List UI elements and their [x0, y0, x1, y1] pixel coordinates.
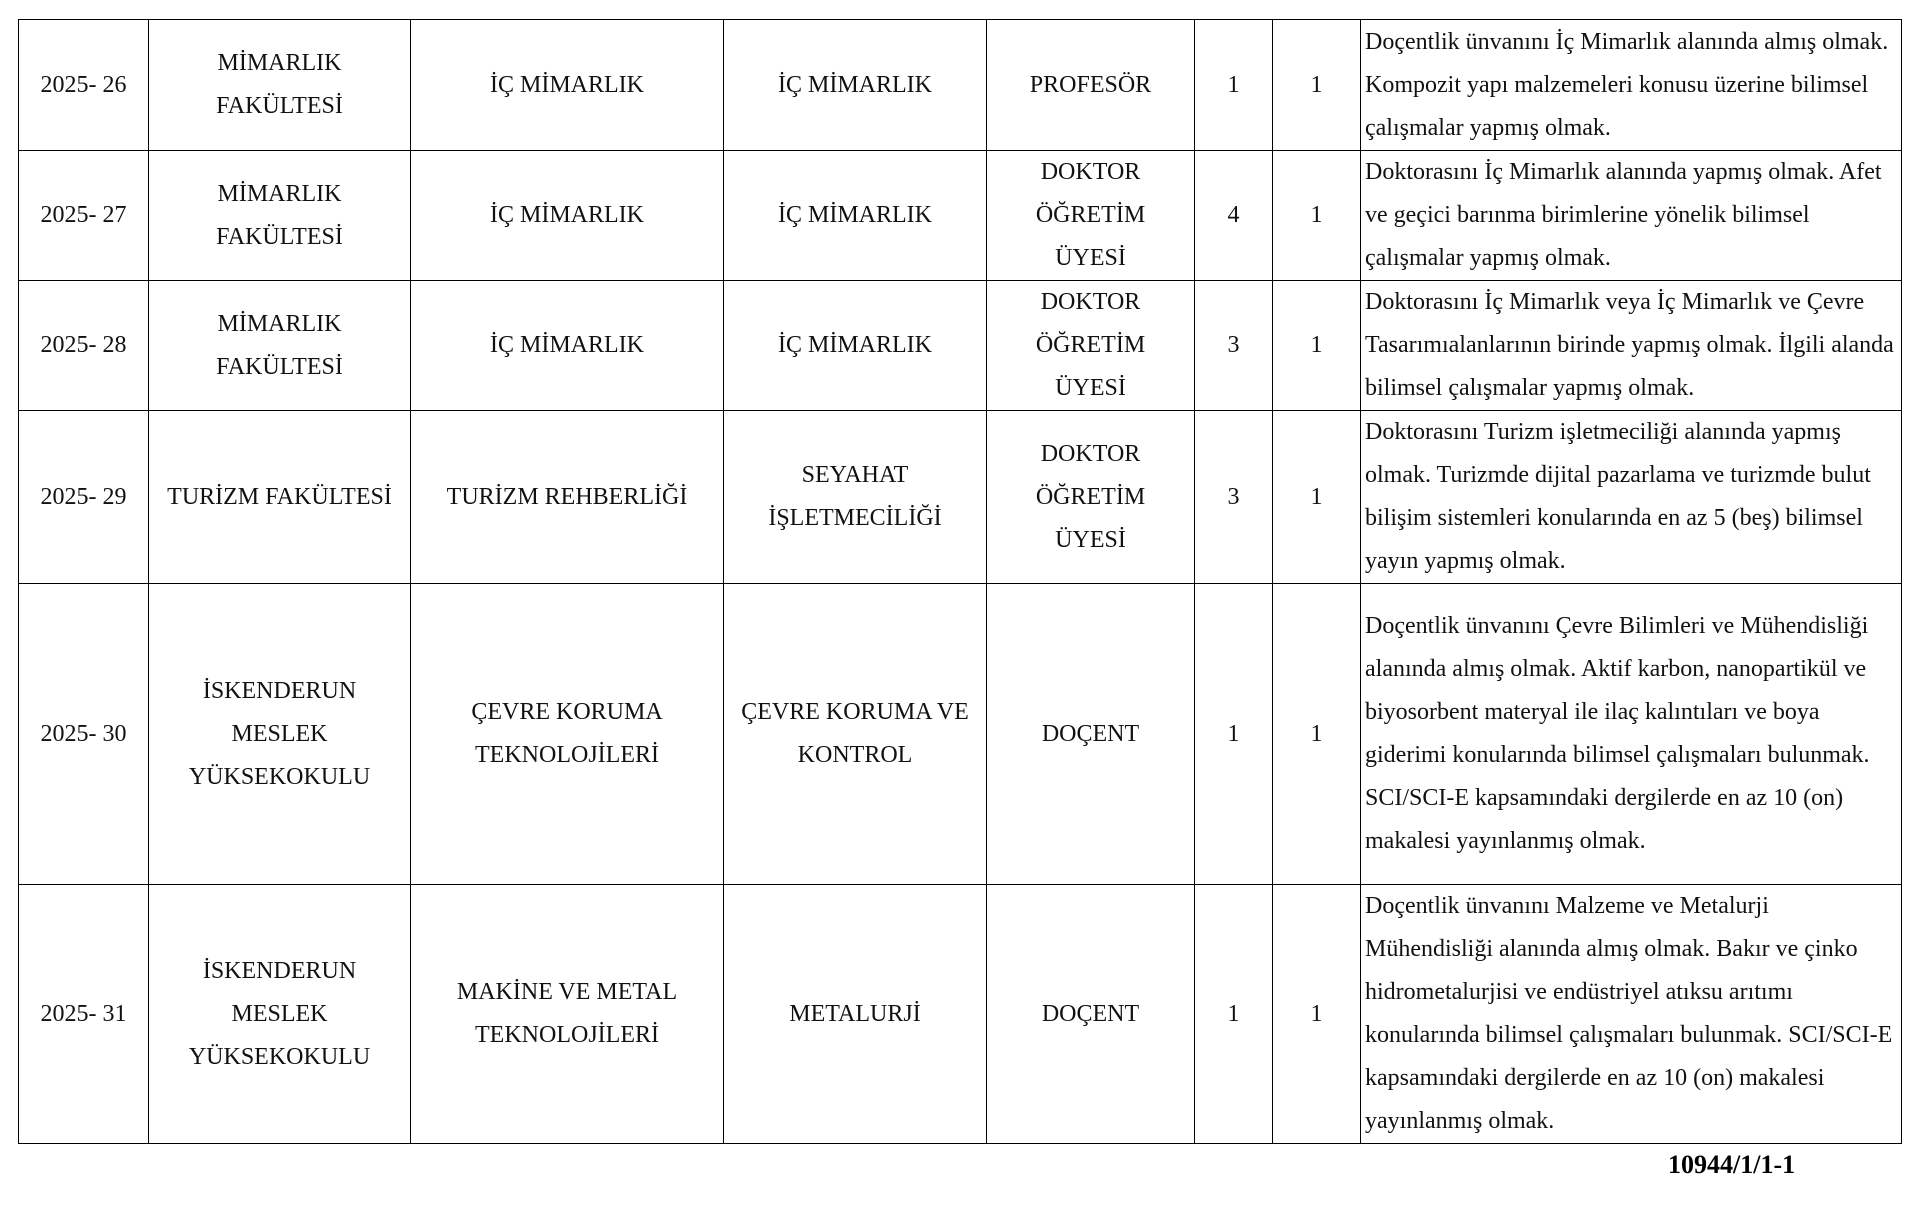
department-line: ÇEVRE KORUMA — [411, 691, 723, 734]
degree-cell: 4 — [1195, 151, 1273, 281]
program-line: KONTROL — [724, 734, 986, 777]
department-cell: TURİZM REHBERLİĞİ — [411, 411, 724, 584]
program-cell: METALURJİ — [724, 885, 987, 1144]
program-line: İÇ MİMARLIK — [724, 64, 986, 107]
position-code-cell: 2025- 27 — [19, 151, 149, 281]
position-count-cell: 1 — [1273, 281, 1361, 411]
department-line: MAKİNE VE METAL — [411, 971, 723, 1014]
unit-line: FAKÜLTESİ — [149, 216, 410, 259]
academic-title-cell: DOKTORÖĞRETİMÜYESİ — [987, 151, 1195, 281]
department-line: İÇ MİMARLIK — [411, 64, 723, 107]
department-line: TEKNOLOJİLERİ — [411, 734, 723, 777]
academic-title-line: ÜYESİ — [987, 367, 1194, 410]
program-cell: İÇ MİMARLIK — [724, 151, 987, 281]
unit-line: MİMARLIK — [149, 173, 410, 216]
table-row: 2025- 28MİMARLIKFAKÜLTESİİÇ MİMARLIKİÇ M… — [19, 281, 1902, 411]
academic-title-line: ÖĞRETİM — [987, 194, 1194, 237]
position-count-cell: 1 — [1273, 20, 1361, 151]
positions-table: 2025- 26MİMARLIKFAKÜLTESİİÇ MİMARLIKİÇ M… — [18, 19, 1902, 1144]
program-line: İÇ MİMARLIK — [724, 194, 986, 237]
program-line: İŞLETMECİLİĞİ — [724, 497, 986, 540]
table-row: 2025- 27MİMARLIKFAKÜLTESİİÇ MİMARLIKİÇ M… — [19, 151, 1902, 281]
unit-line: İSKENDERUN — [149, 950, 410, 993]
academic-title-line: PROFESÖR — [987, 64, 1194, 107]
position-count-cell: 1 — [1273, 411, 1361, 584]
academic-title-line: DOÇENT — [987, 993, 1194, 1036]
academic-title-line: ÖĞRETİM — [987, 476, 1194, 519]
program-line: METALURJİ — [724, 993, 986, 1036]
position-count-cell: 1 — [1273, 885, 1361, 1144]
table-row: 2025- 26MİMARLIKFAKÜLTESİİÇ MİMARLIKİÇ M… — [19, 20, 1902, 151]
academic-title-line: ÖĞRETİM — [987, 324, 1194, 367]
academic-title-cell: PROFESÖR — [987, 20, 1195, 151]
degree-cell: 3 — [1195, 281, 1273, 411]
program-cell: ÇEVRE KORUMA VEKONTROL — [724, 584, 987, 885]
program-line: SEYAHAT — [724, 454, 986, 497]
table-row: 2025- 30İSKENDERUNMESLEKYÜKSEKOKULUÇEVRE… — [19, 584, 1902, 885]
unit-cell: MİMARLIKFAKÜLTESİ — [149, 151, 411, 281]
degree-cell: 3 — [1195, 411, 1273, 584]
requirements-cell: Doçentlik ünvanını İç Mimarlık alanında … — [1361, 20, 1902, 151]
unit-line: YÜKSEKOKULU — [149, 756, 410, 799]
position-code-cell: 2025- 28 — [19, 281, 149, 411]
unit-line: MESLEK — [149, 993, 410, 1036]
department-line: İÇ MİMARLIK — [411, 194, 723, 237]
academic-title-line: DOKTOR — [987, 281, 1194, 324]
academic-title-line: DOÇENT — [987, 713, 1194, 756]
unit-line: MESLEK — [149, 713, 410, 756]
position-count-cell: 1 — [1273, 584, 1361, 885]
unit-cell: TURİZM FAKÜLTESİ — [149, 411, 411, 584]
academic-title-line: ÜYESİ — [987, 237, 1194, 280]
degree-cell: 1 — [1195, 885, 1273, 1144]
department-cell: MAKİNE VE METALTEKNOLOJİLERİ — [411, 885, 724, 1144]
unit-cell: MİMARLIKFAKÜLTESİ — [149, 281, 411, 411]
unit-line: FAKÜLTESİ — [149, 85, 410, 128]
document-reference-number: 10944/1/1-1 — [1668, 1150, 1795, 1180]
unit-line: FAKÜLTESİ — [149, 346, 410, 389]
department-line: İÇ MİMARLIK — [411, 324, 723, 367]
unit-line: MİMARLIK — [149, 42, 410, 85]
unit-cell: İSKENDERUNMESLEKYÜKSEKOKULU — [149, 584, 411, 885]
unit-line: İSKENDERUN — [149, 670, 410, 713]
department-line: TEKNOLOJİLERİ — [411, 1014, 723, 1057]
requirements-cell: Doktorasını İç Mimarlık alanında yapmış … — [1361, 151, 1902, 281]
table-row: 2025- 29TURİZM FAKÜLTESİTURİZM REHBERLİĞ… — [19, 411, 1902, 584]
academic-title-line: ÜYESİ — [987, 519, 1194, 562]
table-body: 2025- 26MİMARLIKFAKÜLTESİİÇ MİMARLIKİÇ M… — [19, 20, 1902, 1144]
table-row: 2025- 31İSKENDERUNMESLEKYÜKSEKOKULUMAKİN… — [19, 885, 1902, 1144]
academic-title-cell: DOÇENT — [987, 885, 1195, 1144]
degree-cell: 1 — [1195, 20, 1273, 151]
position-code-cell: 2025- 26 — [19, 20, 149, 151]
requirements-cell: Doktorasını Turizm işletmeciliği alanınd… — [1361, 411, 1902, 584]
requirements-cell: Doçentlik ünvanını Çevre Bilimleri ve Mü… — [1361, 584, 1902, 885]
academic-title-cell: DOKTORÖĞRETİMÜYESİ — [987, 411, 1195, 584]
requirements-cell: Doktorasını İç Mimarlık veya İç Mimarlık… — [1361, 281, 1902, 411]
unit-cell: MİMARLIKFAKÜLTESİ — [149, 20, 411, 151]
department-line: TURİZM REHBERLİĞİ — [411, 476, 723, 519]
program-cell: İÇ MİMARLIK — [724, 20, 987, 151]
unit-cell: İSKENDERUNMESLEKYÜKSEKOKULU — [149, 885, 411, 1144]
program-cell: SEYAHATİŞLETMECİLİĞİ — [724, 411, 987, 584]
department-cell: ÇEVRE KORUMATEKNOLOJİLERİ — [411, 584, 724, 885]
unit-line: TURİZM FAKÜLTESİ — [149, 476, 410, 519]
position-code-cell: 2025- 30 — [19, 584, 149, 885]
unit-line: MİMARLIK — [149, 303, 410, 346]
department-cell: İÇ MİMARLIK — [411, 151, 724, 281]
department-cell: İÇ MİMARLIK — [411, 281, 724, 411]
unit-line: YÜKSEKOKULU — [149, 1036, 410, 1079]
academic-title-cell: DOÇENT — [987, 584, 1195, 885]
position-code-cell: 2025- 31 — [19, 885, 149, 1144]
department-cell: İÇ MİMARLIK — [411, 20, 724, 151]
academic-title-line: DOKTOR — [987, 151, 1194, 194]
position-code-cell: 2025- 29 — [19, 411, 149, 584]
academic-title-cell: DOKTORÖĞRETİMÜYESİ — [987, 281, 1195, 411]
program-line: ÇEVRE KORUMA VE — [724, 691, 986, 734]
requirements-cell: Doçentlik ünvanını Malzeme ve Metalurji … — [1361, 885, 1902, 1144]
position-count-cell: 1 — [1273, 151, 1361, 281]
program-line: İÇ MİMARLIK — [724, 324, 986, 367]
degree-cell: 1 — [1195, 584, 1273, 885]
academic-title-line: DOKTOR — [987, 433, 1194, 476]
program-cell: İÇ MİMARLIK — [724, 281, 987, 411]
